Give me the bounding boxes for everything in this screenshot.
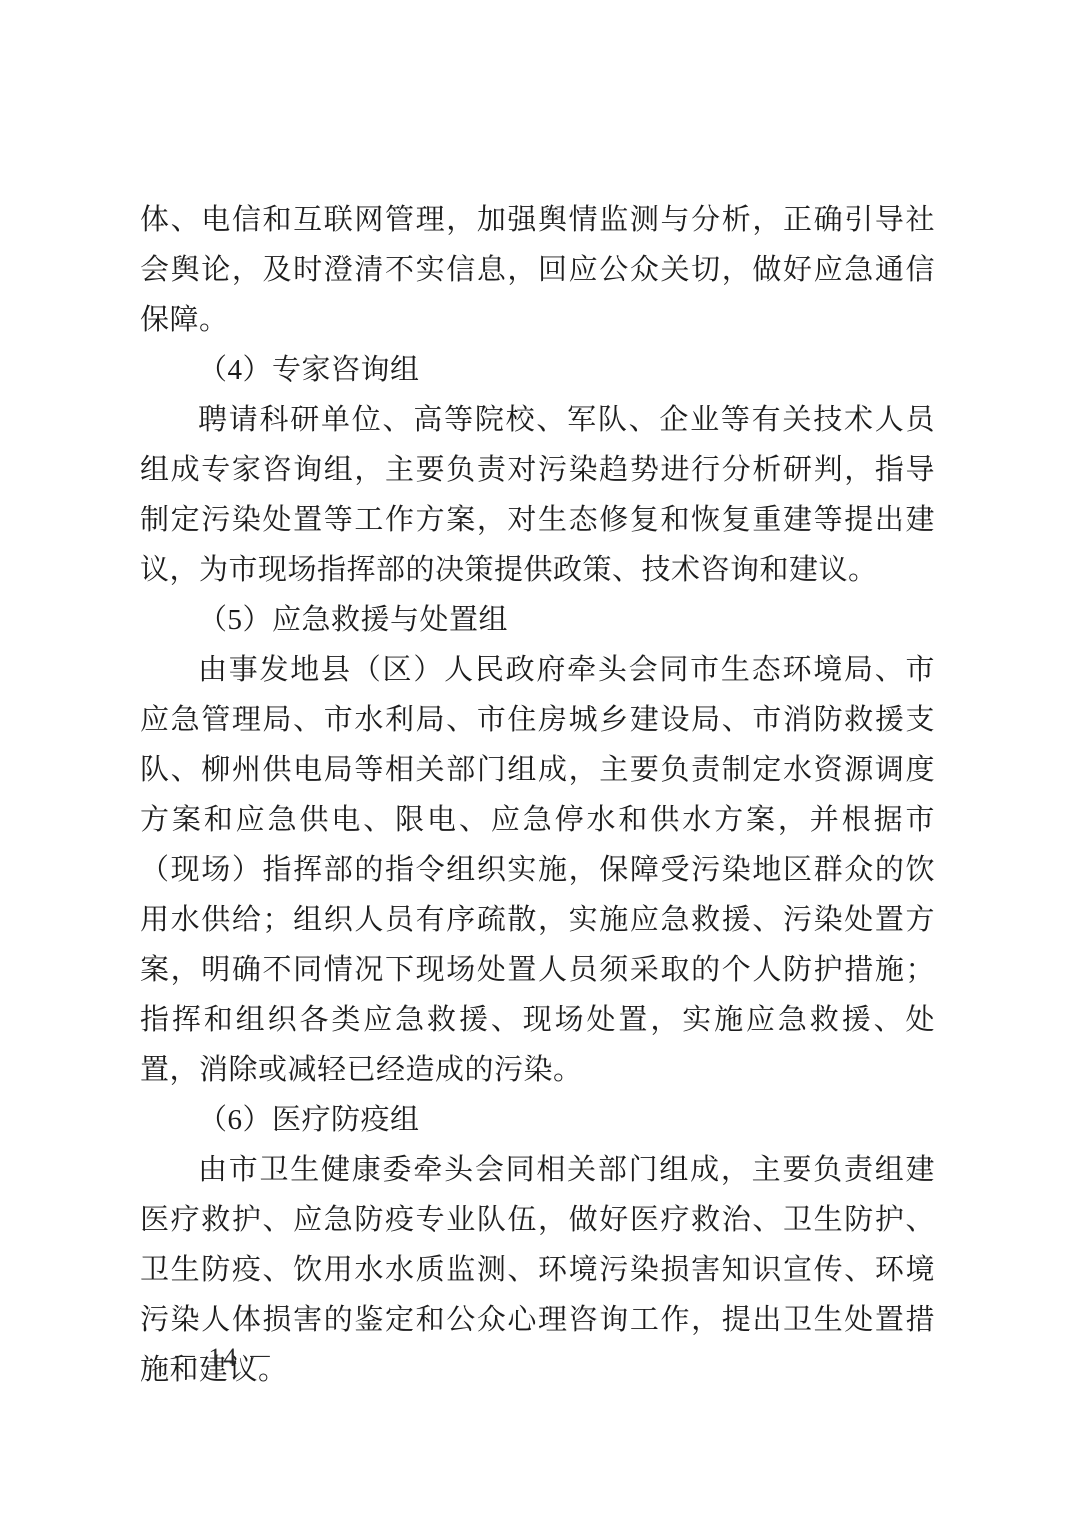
document-page: 体、电信和互联网管理，加强舆情监测与分析，正确引导社会舆论，及时澄清不实信息，回… [0,0,1074,1520]
page-number: － 14 － [172,1337,275,1374]
paragraph-continuation: 体、电信和互联网管理，加强舆情监测与分析，正确引导社会舆论，及时澄清不实信息，回… [140,195,935,345]
section-heading-6-medical-epidemic-prevention-group: （6）医疗防疫组 [140,1095,935,1145]
section-heading-5-emergency-rescue-disposal-group: （5）应急救援与处置组 [140,595,935,645]
paragraph-expert-advisory-group: 聘请科研单位、高等院校、军队、企业等有关技术人员组成专家咨询组，主要负责对污染趋… [140,395,935,595]
section-heading-4-expert-advisory-group: （4）专家咨询组 [140,345,935,395]
paragraph-emergency-rescue-disposal-group: 由事发地县（区）人民政府牵头会同市生态环境局、市应急管理局、市水利局、市住房城乡… [140,645,935,1095]
